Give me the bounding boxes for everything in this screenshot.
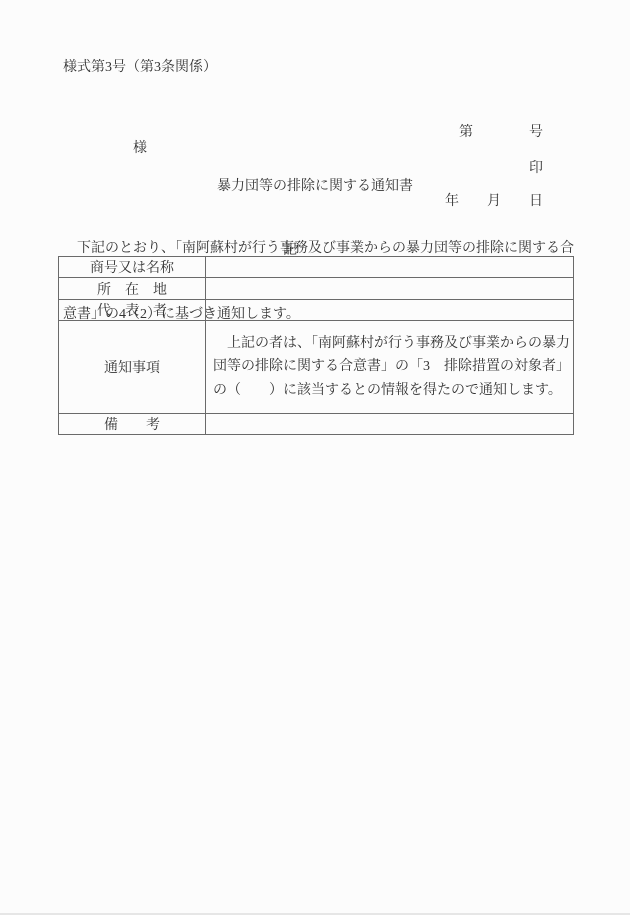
notification-text: 上記の者は、「南阿蘇村が行う事務及び事業からの暴力 団等の排除に関する合意書」の… (206, 332, 573, 403)
table-row-representative: 代 表 者 (59, 300, 574, 321)
notification-line-1: 上記の者は、「南阿蘇村が行う事務及び事業からの暴力 (213, 332, 571, 356)
document-number-line: 第 号 (445, 121, 543, 144)
document-title: 暴力団等の排除に関する通知書 (0, 175, 630, 195)
form-number: 様式第3号（第3条関係） (63, 56, 217, 76)
table-row-address: 所 在 地 (59, 278, 574, 300)
value-representative (206, 300, 574, 321)
notice-table: 商号又は名称 所 在 地 代 表 者 通知事項 上記の者は、「南阿蘇村が行う事務… (58, 256, 574, 435)
seal-mark: 印 (529, 157, 543, 177)
value-remarks (206, 414, 574, 435)
table-row-remarks: 備 考 (59, 414, 574, 435)
value-address (206, 278, 574, 300)
value-notification-items: 上記の者は、「南阿蘇村が行う事務及び事業からの暴力 団等の排除に関する合意書」の… (206, 321, 574, 414)
document-page: 様式第3号（第3条関係） 第 号 年 月 日 様 印 暴力団等の排除に関する通知… (0, 0, 630, 915)
label-representative: 代 表 者 (59, 300, 206, 321)
table-row-notification-items: 通知事項 上記の者は、「南阿蘇村が行う事務及び事業からの暴力 団等の排除に関する… (59, 321, 574, 414)
table-row-company-name: 商号又は名称 (59, 257, 574, 278)
notification-line-3: の（ ）に該当するとの情報を得たので通知します。 (213, 379, 571, 403)
value-company-name (206, 257, 574, 278)
label-remarks: 備 考 (59, 414, 206, 435)
label-address: 所 在 地 (59, 278, 206, 300)
label-company-name: 商号又は名称 (59, 257, 206, 278)
addressee-honorific: 様 (133, 137, 147, 157)
label-notification-items: 通知事項 (59, 321, 206, 414)
notification-line-2: 団等の排除に関する合意書」の「3 排除措置の対象者」 (213, 355, 571, 379)
